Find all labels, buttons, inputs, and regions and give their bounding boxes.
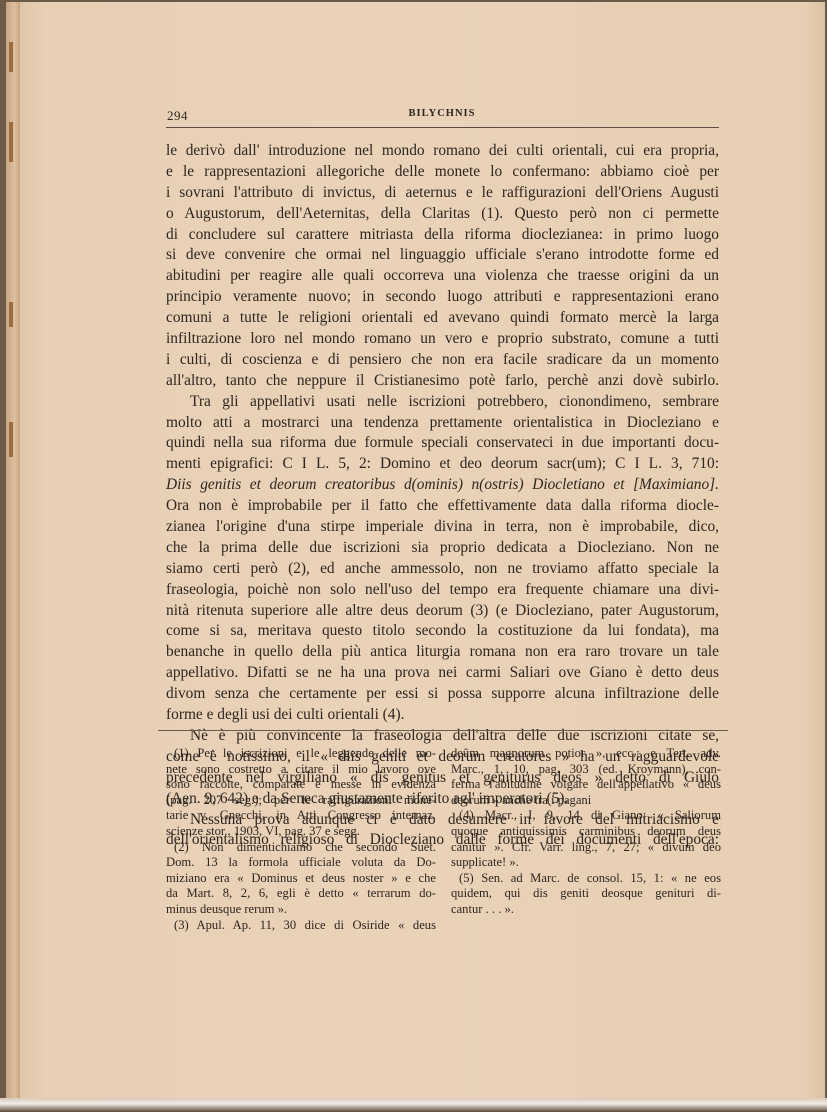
body-line: appellativo. Difatti se ne ha una prova … (166, 663, 719, 684)
body-line: quindi nella sua riforma due formule spe… (166, 433, 719, 454)
footnote-line: supplicate! ». (451, 855, 721, 871)
header-rule (166, 127, 719, 128)
body-line: benanche in quello della più antica litu… (166, 642, 719, 663)
footnote-line: (2) Non dimentichiamo che secondo Suet. (166, 840, 436, 856)
body-line: Diis genitis et deorum creatoribus d(omi… (166, 475, 719, 496)
body-line: comuni a tutte le religioni orientali ed… (166, 308, 719, 329)
footnote-line: canitur ». Cfr. Varr. ling., 7, 27; « di… (451, 840, 721, 856)
body-line: Tra gli appellativi usati nelle iscrizio… (166, 392, 719, 413)
body-line: i culti, di coscienza e di pensiero che … (166, 350, 719, 371)
footnote-line: cantur . . . ». (451, 902, 721, 918)
footnote-line: deûm magnorum potior », ecc.; e Tert. ad… (451, 746, 721, 762)
footnote-line: (4) Macr., I, 9, 14 di Giano: « Saliorum (451, 808, 721, 824)
body-line: come si sa, meritava questo titolo secon… (166, 621, 719, 642)
footnote-line: Marc., 1, 10, pag. 303 (ed. Kroymann), c… (451, 762, 721, 778)
footnote-line: quoque antiquissimis carminibus deorum d… (451, 824, 721, 840)
body-line: le derivò dall' introduzione nel mondo r… (166, 141, 719, 162)
footnote-line: tarie v. Gnecchi, in Atti Congresso inte… (166, 808, 436, 824)
body-line: all'altro, tanto che neppure il Cristian… (166, 371, 719, 392)
body-line: che la prima delle due iscrizioni sia pr… (166, 538, 719, 559)
body-line: divom senza che certamente per essi si p… (166, 684, 719, 705)
footnote-line: miziano era « Dominus et deus noster » e… (166, 871, 436, 887)
body-line: zianea l'origine d'una stirpe imperiale … (166, 517, 719, 538)
body-line: si deve convenire che ormai nel linguagg… (166, 245, 719, 266)
body-line: di concludere sul carattere mitriasta de… (166, 225, 719, 246)
body-line: siamo certi però (2), ed anche ammessolo… (166, 559, 719, 580)
footnote-line: (5) Sen. ad Marc. de consol. 15, 1: « ne… (451, 871, 721, 887)
body-text: le derivò dall' introduzione nel mondo r… (166, 141, 719, 851)
footnote-line: scienze stor., 1903, VI, pag. 37 e segg. (166, 824, 436, 840)
body-line: molto atti a mostrarci una tendenza pret… (166, 413, 719, 434)
footnotes-left-column: (1) Per le iscrizioni e le leggende dell… (166, 746, 436, 933)
footnote-line: (pag. 207 seg.); per le raffigurazioni m… (166, 793, 436, 809)
page-header: 294 BILYCHNIS (167, 108, 717, 128)
footnotes-right-column: deûm magnorum potior », ecc.; e Tert. ad… (451, 746, 721, 918)
footnote-line: Dom. 13 la formola ufficiale voluta da D… (166, 855, 436, 871)
body-line: Ora non è improbabile per il fatto che e… (166, 496, 719, 517)
page-binding-edge (6, 2, 20, 1102)
page-bottom-edge (0, 1098, 827, 1112)
footnote-rule (158, 730, 728, 731)
body-line: o Augustorum, dell'Aeternitas, della Cla… (166, 204, 719, 225)
footnote-line: (1) Per le iscrizioni e le leggende dell… (166, 746, 436, 762)
body-line: infiltrazione loro nel mondo romano un v… (166, 329, 719, 350)
body-line: abitudini per reagire alle quali occorre… (166, 266, 719, 287)
body-line: principio veramente nuovo; in secondo lu… (166, 287, 719, 308)
footnote-line: sono raccolte, comparate e messe in evid… (166, 777, 436, 793)
footnote-line: deorum » anche tra i pagani (451, 793, 721, 809)
footnote-line: ferma l'abitudine volgare dell'appellati… (451, 777, 721, 793)
body-line: forme e degli usi dei culti orientali (4… (166, 705, 719, 726)
footnote-line: da Mart. 8, 2, 6, egli è detto « terraru… (166, 886, 436, 902)
footnote-line: quidem, qui dis geniti deosque genituri … (451, 886, 721, 902)
footnote-line: nete sono costretto a citare il mio lavo… (166, 762, 436, 778)
body-line: e le rappresentazioni allegoriche delle … (166, 162, 719, 183)
body-line: fraseologia, poichè non solo nell'uso de… (166, 580, 719, 601)
body-line: menti epigrafici: C I L. 5, 2: Domino et… (166, 454, 719, 475)
body-line: i sovrani l'attributo di invictus, di ae… (166, 183, 719, 204)
running-title: BILYCHNIS (167, 108, 717, 119)
body-line: nità ritenuta superiore alle altre deus … (166, 601, 719, 622)
footnote-line: minus deusque rerum ». (166, 902, 436, 918)
footnote-line: (3) Apul. Ap. 11, 30 dice di Osiride « d… (166, 918, 436, 934)
